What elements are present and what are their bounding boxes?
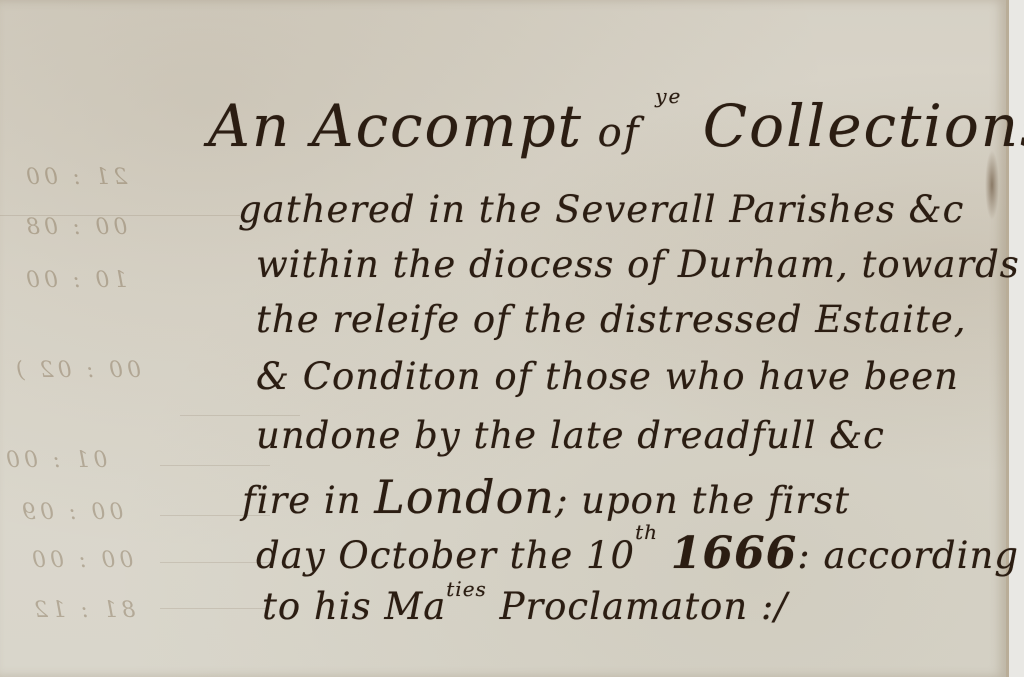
line8-year: 1666 bbox=[671, 528, 797, 579]
manuscript-line-5: & Conditon of those who have been bbox=[256, 355, 959, 398]
manuscript-line-9: to his Maties Proclamaton :/ bbox=[262, 585, 788, 628]
line7-fire-in: fire in bbox=[242, 479, 374, 522]
line9-to-his-ma: to his Ma bbox=[262, 585, 446, 628]
line8-space bbox=[658, 534, 671, 577]
manuscript-line-2: gathered in the Severall Parishes &c bbox=[238, 188, 964, 231]
manuscript-page: 21 : 00 00 : 08 10 : 00 00 : 02 ) 01 : 0… bbox=[0, 0, 1009, 677]
manuscript-text: An Accompt of ye Collections gathered in… bbox=[0, 0, 1006, 677]
title-of: of bbox=[583, 110, 655, 156]
title-accompt: An Accompt bbox=[208, 92, 583, 160]
line9-proclamaton: Proclamaton :/ bbox=[487, 585, 788, 628]
manuscript-line-8: day October the 10th 1666: according bbox=[256, 528, 1019, 579]
manuscript-line-6: undone by the late dreadfull &c bbox=[256, 414, 885, 457]
manuscript-line-7: fire in London; upon the first bbox=[242, 470, 850, 524]
manuscript-line-3: within the diocess of Durham, towards bbox=[256, 243, 1020, 286]
line8-th: th bbox=[635, 520, 658, 544]
line7-london: London bbox=[374, 470, 555, 524]
title-ye: ye bbox=[655, 84, 682, 108]
line8-day-october: day October the 10 bbox=[256, 534, 635, 577]
line9-ties: ties bbox=[446, 577, 487, 601]
line7-upon-the-first: ; upon the first bbox=[555, 479, 850, 522]
manuscript-line-4: the releife of the distressed Estaite, bbox=[256, 298, 967, 341]
document-title: An Accompt of ye Collections bbox=[208, 92, 1024, 160]
line8-according: : according bbox=[797, 534, 1019, 577]
title-collections: Collections bbox=[682, 92, 1024, 160]
